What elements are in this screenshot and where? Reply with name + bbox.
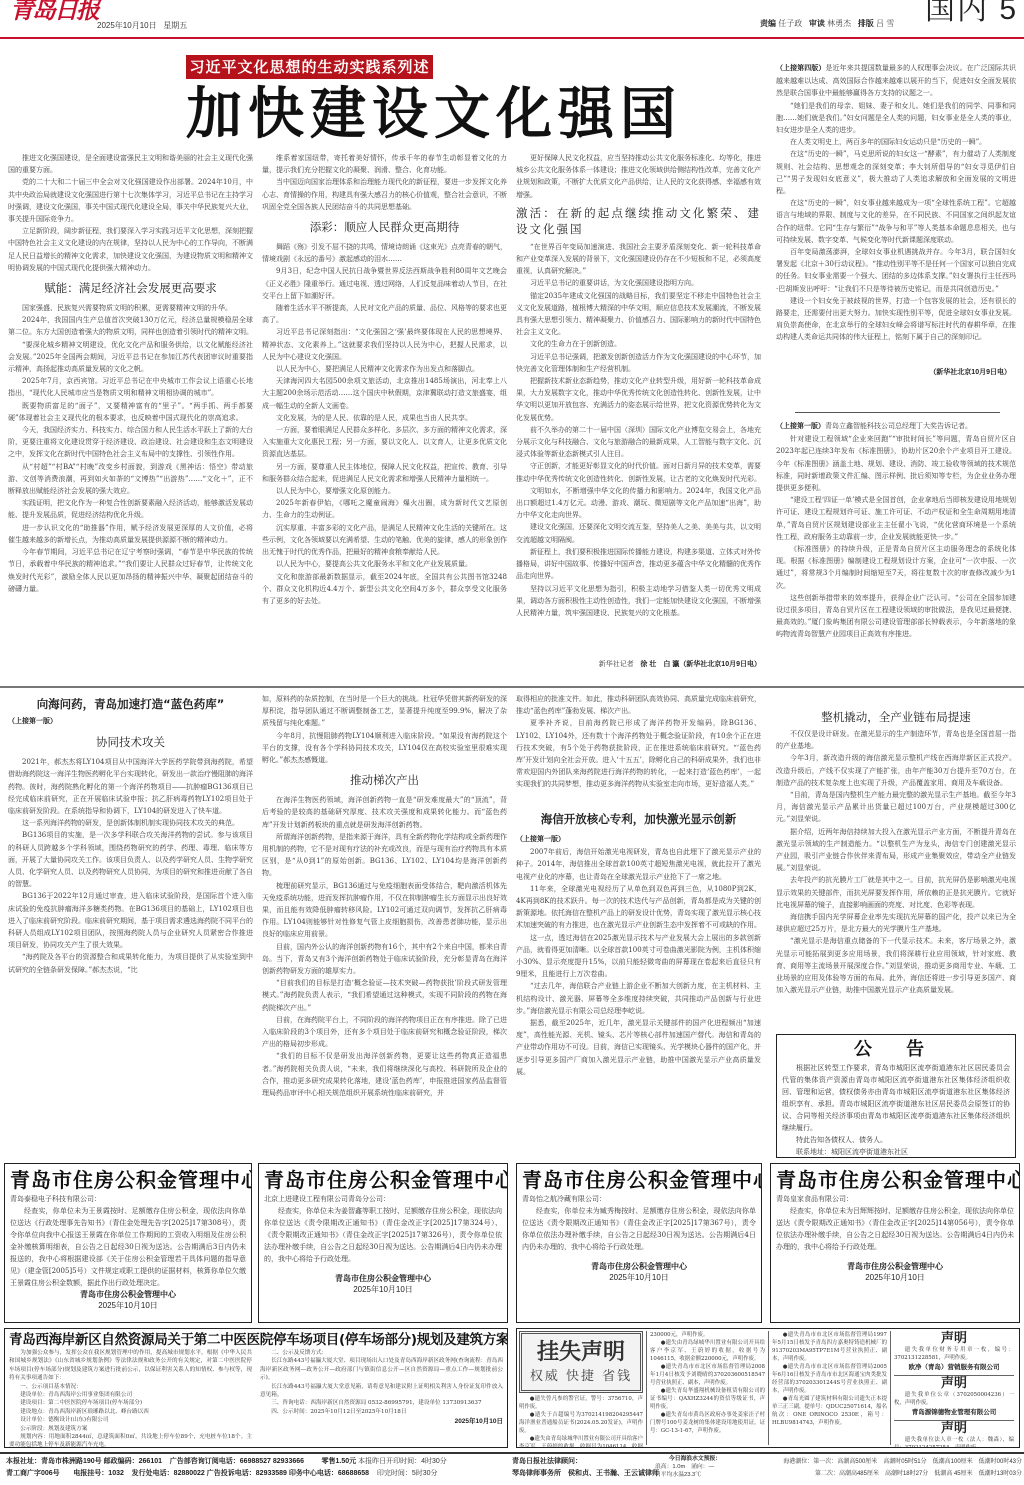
paragraph: 夏季补齐说，目前海药院已形成了海洋药物开发编码，除BG136、LY102、LY1…: [516, 717, 761, 790]
section-name: 国内: [925, 0, 989, 26]
lost-col-1: 挂失声明 权威 快捷 省钱 ●遗失曾凡参的警官证，警号：3756710，声明作废…: [519, 1331, 647, 1445]
lost-banner-slogan: 权威 快捷 省钱: [522, 1368, 640, 1386]
footer-postcode: 邮政编码：266101: [104, 1458, 162, 1465]
declaration-body: 遗失我单位法人章一枚（法人：魏森），编号：3702124257254，声明作废。: [894, 1437, 1014, 1448]
notice-date: 2025年10月10日: [10, 1300, 246, 1312]
paragraph: 2025年7月，京西宾馆。习近平总书记在中央城市工作会议上语重心长地指出，“现代…: [8, 375, 253, 399]
footer-left: 本报社址：青岛市株洲路190号 邮政编码：266101 广告部咨询订阅电话：66…: [6, 1456, 506, 1480]
article-title-blue-drug: 向海问药，青岛加速打造“蓝色药库”: [8, 693, 253, 715]
paragraph: 这一系列海洋药物的研发，是创新体制机制实现协同技术攻关的典范。: [8, 817, 253, 829]
paragraph: 当中国迈向国家治理体系和治理能力现代化的新征程，要进一步发挥文化养心志、育情操的…: [262, 176, 507, 213]
paragraph: 从“村超”“村BA”“村晚”改变乡村面貌，到游戏《黑神话：悟空》带动旅游、文创等…: [8, 461, 253, 498]
lead-headline: 加快建设文化强国: [186, 82, 682, 146]
lead-byline: 新华社记者 徐 壮 白 瀛（新华社北京10月9日电）: [516, 658, 761, 671]
footer-tide-table: 海港潮位：第一次：高潮高500厘米 高潮时05时51分 低潮高100厘米 低潮时…: [734, 1456, 1022, 1480]
subhead: 激活：在新的起点继续推动文化繁荣、建设文化强国: [516, 205, 761, 237]
lost-item: ●遗失于吉超编号为370214198204295447海洋渔业普通船员证书(20…: [519, 1411, 643, 1435]
paragraph: 取得相应的批准文件。如此，推动科研团队高效协同、高质量完成临床前研究，推动“蓝色…: [516, 693, 761, 717]
lost-item: ●遗失青岛市市北区市场监督管理局2005年6月16日核发予青岛市市北区海通宝肉类…: [772, 1363, 887, 1395]
paragraph: 今年8月，抗慢阻肺药物LY104顺利进入临床阶段。“如果没有海药院这个平台的支撑…: [262, 730, 507, 767]
paragraph: “目前，青岛是国内整机生产能力最完整的激光显示生产基地。截至今年3月，海信激光显…: [776, 789, 1016, 826]
paragraph: 既要物质富足的“面子”，又要精神富有的“里子”。“两手抓、两手都要硬”体现着社会…: [8, 400, 253, 424]
staff-name: 任子政: [778, 19, 802, 28]
notice-title: 青岛西海岸新区自然资源局关于第二中医医院停车场项目(停车场部分)规划及建筑方案进…: [9, 1331, 503, 1349]
lost-item: ●遗失曾凡参的警官证，警号：3756710，声明作废。: [519, 1395, 643, 1411]
lost-item: ●遗失青岛市黄岛区政府办事处姜家洼子村门牌号100号姜龙树的集体建设用地使用证，…: [650, 1411, 765, 1435]
paragraph: 国家强盛、民族复兴需要物质文明的积累，更需要精神文明的升华。: [8, 302, 253, 314]
public-notice-box: 公 告 根据社区转型工作要求，青岛市城阳区流亭街道港东社区居民委员会代管的集体资…: [776, 1034, 1016, 1158]
paragraph: 新征程上，我们要积极推进国际传播能力建设，构建多渠道、立体式对外传播格局，讲好中…: [516, 546, 761, 583]
blue-drug-col-1: （上接第一版） 协同技术攻关 2021年，郝杰杰将LY104项目从中国海洋大学医…: [8, 716, 253, 1141]
notice-period: 四、公示时间：2025年10月12日至2025年10月18日: [260, 1408, 503, 1416]
paragraph: 文化和旅游部最新数据显示，截至2024年底，全国共有公共图书馆3248个、群众文…: [262, 571, 507, 608]
paragraph: 更好保障人民文化权益，应当坚持推动公共文化服务标准化、均等化，推进城乡公共文化服…: [516, 152, 761, 201]
paragraph: 百年变局激荡澎湃，全球妇女事业机遇挑战并存。今年3月，联合国妇女署发起《北京＋3…: [776, 246, 1016, 295]
notice-date: 2025年10月10日: [260, 1416, 503, 1428]
paragraph: 以人民为中心，要提高公共文化服务水平和文化产业发展质量。: [262, 558, 507, 570]
notice-section-title: 一、公示项目基本情况：: [9, 1383, 252, 1391]
paragraph: 青岛立鑫智能科技公司总经理丁大奖告诉记者。: [825, 422, 972, 430]
notice-title: 青岛市住房公积金管理中心公告: [776, 1167, 1014, 1193]
right-col-second-article: （上接第一版）青岛立鑫智能科技公司总经理丁大奖告诉记者。 针对建设工程领域“企业…: [776, 420, 1016, 680]
lost-banner-title: 挂失声明: [522, 1338, 640, 1368]
paragraph: 在这“历史的一瞬”，妇女事业越来越成为一项“全球性系统工程”。它超越语言与地域的…: [776, 197, 1016, 246]
lost-col-3: ●遗失青岛市市北区市场监督管理局1997年5月15日核发予青岛四方嘉奥特铸造机械…: [769, 1331, 891, 1445]
editorial-staff: 责编 任子政 审读 林勇杰 排版 吕 雪: [760, 18, 894, 30]
footer-tide-wave: 浪高：1.0m 涌向：—: [655, 1463, 735, 1471]
series-banner: 习近平文化思想的生动实践系列述评: [186, 55, 433, 79]
paragraph: 今年3月，新改造升级的海信激光显示整机产线在西海岸新区正式投产。改造升级后，产线…: [776, 752, 1016, 789]
footer-complaint: 广告投诉电话：82933589: [207, 1470, 287, 1477]
paragraph: 舞蹈《殇》引发不屈不挠的共鸣，情境诗朗诵《这束光》点亮青春的朝气，情境戏剧《永远…: [262, 241, 507, 265]
notice-addressee: 青岛皇家食品有限公司：: [776, 1193, 1014, 1205]
footer-print-start: 本报昨日开印时间：4时30分: [358, 1458, 447, 1465]
paragraph: 11年来，全球激光电视经历了从单色到双色再到三色，从1080P到2K、4K再到8…: [516, 883, 761, 932]
notice-addressee: 青岛泰稳电子科技有限公司：: [10, 1193, 246, 1205]
paragraph: 进一步认识文化的“助推器”作用，赋予经济发展更深厚的人文价值，必将催生越来越多的…: [8, 522, 253, 546]
notice-body: 根据社区转型工作要求，青岛市城阳区流亭街道港东社区居民委员会代管的集体资产资源由…: [782, 1062, 1010, 1134]
paragraph: 立足新阶段，阔步新征程，我们要深入学习实践习近平文化思想，深刻把握中国特色社会主…: [8, 225, 253, 274]
paragraph: 习近平总书记强调，把激发创新创造活力作为文化强国建设的中心环节，加快完善文化管理…: [516, 351, 761, 375]
lost-banner: 挂失声明 权威 快捷 省钱: [519, 1331, 643, 1393]
notice-date: 2025年10月10日: [264, 1284, 502, 1296]
paragraph: “建设工程‘四证一单’模式是全国首创，企业拿地后当即核发建设用地规划许可证、建设…: [776, 494, 1016, 543]
paragraph: 习近平总书记深刻指出：“文化强国之‘强’最终要体现在人民的思想境界、精神状态、文…: [262, 326, 507, 363]
declaration: 声明 遗失我单位法人章一枚（法人：魏森），编号：3702124257254，声明…: [894, 1421, 1014, 1448]
paragraph: 另一方面，要尊重人民主体地位，保障人民文化权益，把宣传、教育、引导和服务群众结合…: [262, 461, 507, 485]
notice-item: 建设地点：青岛西海岸新区琅琊路以北、峰台路以西: [9, 1408, 252, 1416]
paragraph: 去年投产的抗光膜片工厂就是其中之一。目前，抗光屏仍是影响激光电视显示效果的关键部…: [776, 874, 1016, 911]
notice-intro: 为加强公众参与，发挥公众在我区规划管理中的作用，提高城市规划水平，根据《中华人民…: [9, 1349, 252, 1383]
declaration: 声明 遗失我单位公章（3702050004236）一枚，声明作废。 青岛源锦德物…: [894, 1376, 1014, 1421]
paragraph: 2025年新春伊始，《哪吒之魔童闹海》爆火出圈，成为新时代文艺原创力、生命力的生…: [262, 497, 507, 521]
paragraph: “海药院及各平台的资源整合和成果转化能力，为项目提供了从实验室到中试研究的全链条…: [8, 951, 253, 975]
paragraph: 守正创新，才能更好彰显文化的时代价值。面对日新月异的技术变革，需要推动中华优秀传…: [516, 460, 761, 484]
lead-col-2: 维系着家国纽带，寄托着美好情怀，传承千年的春节生动彰显着文化的力量，提示我们充分…: [262, 152, 507, 672]
section-label: 国内 5: [925, 4, 1018, 16]
planning-notice-left: 为加强公众参与，发挥公众在我区规划管理中的作用，提高城市规划水平，根据《中华人民…: [9, 1349, 252, 1448]
paragraph: BG136于2022年12月通过审查，进入临床试验阶段，是国际首个进入临床试验的…: [8, 890, 253, 951]
notice-item: 设计单位：德衡设计(山东)有限公司: [9, 1416, 252, 1424]
notice-body: 经查实，你单位未为臧秀梅按时、足额缴存住房公积金，现依法向你单位送达《责令限期改…: [522, 1205, 756, 1253]
paragraph: 《标准图册》的持续升级，正是青岛自贸片区主动服务理念的系统化体现。根据《标准图册…: [776, 543, 1016, 592]
paragraph: 海信携手国内光学屏幕企业率先实现抗光屏幕的国产化，投产以来已为全球供应超过25万…: [776, 911, 1016, 935]
lost-item: 230000元，声明作废。: [650, 1331, 765, 1339]
paragraph: “我们的目标不仅是研发出海洋创新药物，更要让这些药物真正造福患者。”海药院相关负…: [262, 1050, 507, 1099]
paragraph: 习近平总书记的重要讲话，为文化强国建设指明方向。: [516, 277, 761, 289]
paragraph: “过去几年，海信联合产业链上游企业不断加大创新力度，在主机材料、主机结构设计、激…: [516, 980, 761, 1017]
footer-telegram: 电报挂号：1032: [73, 1470, 124, 1477]
footer-legal-firm: 琴岛律师事务所 侯和贞、王书瀚、王云诚律师: [512, 1470, 659, 1477]
continued-label: （上接第一版）: [776, 423, 825, 430]
paragraph: 针对建设工程领域“企业来回跑”“审批时间长”等问题，青岛自贸片区自2023年起已…: [776, 433, 1016, 494]
paragraph: 如，原料药的杂质控制，在当时是一个巨大的挑战。杜冠华凭借其新药研发的深厚积淀，指…: [262, 693, 507, 730]
paragraph: 目前，国内外公认的海洋创新药物有16个，其中有2个来自中国，都来自青岛。当下，青…: [262, 941, 507, 978]
paragraph: 以人民为中心，要增强文化原创能力。: [262, 485, 507, 497]
declaration-title: 声明: [894, 1331, 1014, 1347]
paragraph: 一方面，要着眼满足人民群众多样化、多层次、多方面的精神文化需求，深入实施重大文化…: [262, 424, 507, 461]
continued-label: （上接第一版）: [516, 834, 761, 846]
paragraph: 据悉，截至2025年，近几年，激光显示关键部件的国产化进程频出“加速度”，高性能…: [516, 1017, 761, 1078]
lost-item: ●遗失由青岛绿城华川置业有限公司开具给客户李京军、王蔚婷的收据，收据号为1046…: [650, 1339, 765, 1363]
paragraph: 实践证明，把文化作为一种复合性创新要素融入经济活动，能够激活发展动能、提升发展品…: [8, 497, 253, 521]
declaration-org: 欧净（青岛）营销服务有限公司: [894, 1362, 1014, 1374]
paragraph: 把握新技术新业态新趋势，推动文化产业转型升级，用好新一轮科技革命成果，大力发展数…: [516, 375, 761, 424]
byline-prefix: 新华社记者: [599, 660, 634, 668]
notice-body: 经查实，你单位未为姜智鑫等职工按时、足额缴存住房公积金，现依法向你单位送达《责令…: [264, 1205, 502, 1265]
newspaper-logo: 青岛日报: [10, 4, 98, 16]
paragraph: “目前我们的目标是打造‘概念验证—技术突破—药物获批’阶段式研发管理模式。”海药…: [262, 977, 507, 1014]
planning-notice-right: 二、公示及反馈方式： 长江东路443号福瀛大厦大堂、项目现场出入口处及青岛西海岸…: [260, 1349, 503, 1448]
lost-item: ●遗失青岛华盛翔机械设备租赁有限公司的证书编号：QAXHZ3244的资信等级证书…: [650, 1387, 765, 1411]
notice-title: 青岛市住房公积金管理中心公告: [10, 1167, 246, 1193]
paragraph: 党的二十大和二十届三中全会对文化强国建设作出部署。2024年10月，中共中央政治…: [8, 176, 253, 225]
notice-title: 公 告: [782, 1038, 1010, 1062]
notice-body: 经查实，你单位未为王景霞按时、足额缴存住房公积金，现依法向你单位送达《行政处理事…: [10, 1205, 246, 1289]
declaration-title: 声明: [894, 1376, 1014, 1392]
notice-item: 建设单位：青岛西海岸公用事业集团有限公司: [9, 1391, 252, 1399]
notice-body: 经查实，你单位未为吕辉辉按时、足额缴存住房公积金，现依法向你单位送达《责令限期改…: [776, 1205, 1014, 1253]
notice-feedback: 长江东路443号福瀛大厦大堂意见箱，请将意见和建议附上证明相关利害人身份证复印件…: [260, 1383, 503, 1400]
paragraph: 目前，在海药院平台上，不同阶段的海洋药物项目正在有序推进。除了已进入临床阶段的3…: [262, 1014, 507, 1051]
continued-label: （上接第四版）: [776, 65, 825, 72]
article-title-hisense: 海信开放核心专利，加快激光显示创新: [516, 808, 761, 830]
right-dateline: （新华社北京10月9日电）: [776, 367, 1011, 379]
article-title-industry-chain: 整机撬动，全产业链布局提速: [776, 706, 1016, 728]
paragraph: “要深化城乡精神文明建设，优化文化产品和服务供给，以文化赋能经济社会发展。”20…: [8, 339, 253, 376]
paragraph: 2024年，我国国内生产总值首次突破130万亿元，经济总量规模稳居全球第二位。东…: [8, 314, 253, 338]
paragraph: BG136项目的实施，是一次多学科联合攻关海洋药物的尝试。参与该项目的科研人员跨…: [8, 829, 253, 890]
paragraph: 前不久举办的第二十一届中国（深圳）国际文化产业博览交易会上，各地充分展示文化与科…: [516, 424, 761, 461]
notice-signer: 青岛市住房公积金管理中心: [776, 1261, 1014, 1272]
paragraph: 以人民为中心，要把满足人民精神文化需求作为出发点和落脚点。: [262, 363, 507, 375]
staff-name: 林勇杰: [827, 19, 851, 28]
footer-print-center: 印务中心电话：68688658: [289, 1470, 369, 1477]
paragraph: 2021年，郝杰杰将LY104项目从中国海洋大学医药学院带到海药院，希望借助海药…: [8, 756, 253, 817]
subhead: 赋能：满足经济社会发展更高要求: [8, 277, 253, 299]
date: 2025年10月10日: [97, 21, 157, 30]
footer-distribution: 发行处电话：82880022: [132, 1470, 205, 1477]
notice-phone: 三、咨询电话：西海岸新区自然资源局 0532-86995791，建设单位 137…: [260, 1399, 503, 1407]
lost-item: ●青岛光圆了建筑材料有限公司遗失正本提单三正三副，提单号：QDUC2507161…: [772, 1395, 887, 1427]
notice-signer: 青岛市住房公积金管理中心: [522, 1261, 756, 1272]
footer-ad-phone: 广告部咨询订阅电话：66988527 82933666: [170, 1458, 304, 1465]
declarations-col: 声明 遗失我单位财务专用章一枚，编号：3702131228581，声明作废。 欧…: [891, 1331, 1017, 1445]
notice-title: 青岛市住房公积金管理中心公告: [264, 1167, 502, 1193]
subhead: 推动梯次产出: [262, 769, 507, 791]
staff-role: 责编: [760, 19, 776, 28]
section-divider: [0, 686, 1024, 688]
footer-tide-temp: 日平均水温23.3℃: [655, 1471, 735, 1479]
notice-item: 规划内容：用地面积2844㎡，总建筑面积0㎡，共设地上停车位89个，充电桩车位1…: [9, 1433, 252, 1448]
notice-feedback: 长江东路443号福瀛大厦大堂、项目现场出入口处及青岛西海岸新区政务网(查询流程：…: [260, 1357, 503, 1382]
footer-legal-title: 青岛日报社法律顾问：: [512, 1458, 582, 1465]
declaration-title: 声明: [894, 1421, 1014, 1437]
footer-tide-row: 海港潮位：第一次：高潮高500厘米 高潮时05时51分 低潮高100厘米 低潮时…: [734, 1456, 1022, 1468]
footer-rule: [0, 1452, 1024, 1454]
paragraph: 今年春节期间，习近平总书记在辽宁考察时强调，“春节是中华民族的传统节日，承载着中…: [8, 546, 253, 595]
paragraph: 沉实厚重、丰富多彩的文化产品，是满足人民精神文化生活的关键所在。这些示例，文化各…: [262, 522, 507, 559]
dateline: （新华社北京10月9日电）: [679, 661, 761, 668]
paragraph: “激光显示是海信重点储备的下一代显示技术。未来，客厅场景之外，激光显示可能拓展到…: [776, 935, 1016, 996]
notice-date: 2025年10月10日: [776, 1272, 1014, 1284]
notice-section-title: 二、公示及反馈方式：: [260, 1349, 503, 1357]
lost-notices-box: 挂失声明 权威 快捷 省钱 ●遗失曾凡参的警官证，警号：3756710，声明作废…: [516, 1328, 1020, 1448]
lead-col-3: 更好保障人民文化权益，应当坚持推动公共文化服务标准化、均等化，推进城乡公共文化服…: [516, 152, 761, 672]
paragraph: 锚定2035年建成文化强国的战略目标，我们要坚定不移走中国特色社会主义文化发展道…: [516, 290, 761, 339]
footer-price: 零售1.50元: [322, 1458, 357, 1465]
hisense-col: （上接第一版） 2007年前后，海信开始激光电视研发，青岛也自此埋下了激光显示产…: [516, 834, 761, 1144]
staff-role: 审读: [809, 19, 825, 28]
paragraph: 天津海河四大名园500余项文旅活动，北京推出1485场演出，河北奉上八大主题20…: [262, 375, 507, 412]
staff-role: 排版: [858, 19, 874, 28]
paragraph: 据介绍，近两年海信持续加大投入在激光显示产业方面，不断提升青岛在激光显示领域的生…: [776, 826, 1016, 875]
notice-date: 2025年10月10日: [522, 1272, 756, 1284]
paragraph: 在海洋生物医药领域，海洋创新药物一直是“研发难度最大”的“顶流”，背后考验的是较…: [262, 794, 507, 831]
subhead: 协同技术攻关: [8, 731, 253, 753]
lost-col-2: 230000元，声明作废。 ●遗失由青岛绿城华川置业有限公司开具给客户李京军、王…: [647, 1331, 769, 1445]
housing-fund-notice-2: 青岛市住房公积金管理中心公告 北京上进建设工程有限公司青岛分公司： 经查实，你单…: [258, 1163, 508, 1323]
masthead-rule: [0, 37, 1024, 39]
declaration: 声明 遗失我单位财务专用章一枚，编号：3702131228581，声明作废。 欧…: [894, 1331, 1014, 1376]
housing-fund-notice-1: 青岛市住房公积金管理中心公告 青岛泰稳电子科技有限公司： 经查实，你单位未为王景…: [4, 1163, 252, 1323]
paragraph: 所谓海洋创新药物，是指来源于海洋，具有全新药物化学结构或全新药理作用机制的药物，…: [262, 831, 507, 880]
footer-license: 青工商广字006号: [6, 1470, 60, 1477]
staff-name: 吕 雪: [876, 19, 894, 28]
paragraph: 建设一个妇女免于被歧视的世界，打造一个包容发展的社会，还有很长的路要走，还需要付…: [776, 295, 1016, 344]
paragraph: 在这“历史的一瞬”，马克思所说的妇女这一“酵素”，有力催动了人类制度规则、社会结…: [776, 148, 1016, 197]
notice-title: 青岛市住房公积金管理中心公告: [522, 1167, 756, 1193]
lost-item: ●遗失青岛市市北区市场监督管理局2008年1月4日核发予刘晓晴的37020360…: [650, 1363, 765, 1387]
notice-address: 联系地址：城阳区流亭街道港东社区: [782, 1146, 1010, 1158]
planning-notice-box: 青岛西海岸新区自然资源局关于第二中医医院停车场项目(停车场部分)规划及建筑方案进…: [4, 1328, 508, 1448]
lost-item: ●遗失由青岛绿城华川置业有限公司开具给客户李京军、王蔚婷的收据，收据号为1046…: [519, 1435, 643, 1448]
notice-notify: 特此告知各债权人、债务人。: [782, 1134, 1010, 1146]
footer-address: 本报社址：青岛市株洲路190号: [6, 1458, 102, 1465]
lead-col-1: 推进文化强国建设，是全面建设富强民主文明和谐美丽的社会主义现代化强国的重要方面。…: [8, 152, 253, 632]
paragraph: 今天，我国经济实力、科技实力、综合国力和人民生活水平跃上了新的大台阶，更要注重将…: [8, 424, 253, 461]
notice-signer: 青岛市住房公积金管理中心: [10, 1289, 246, 1300]
paragraph: 文化发展，为的是人民、依靠的是人民，成果也当由人民共享。: [262, 412, 507, 424]
paragraph: 文明如水，不断增强中华文化的传播力和影响力。2024年，我国文化产品出口额超过1…: [516, 485, 761, 522]
notice-addressee: 青岛怡之航冷藏有限公司：: [522, 1193, 756, 1205]
industry-chain-col: 不仅仅是设计研发。在激光显示的生产制造环节，青岛也是全国首屈一指的产业基地。 今…: [776, 728, 1016, 1018]
blue-drug-col-2: 如，原料药的杂质控制，在当时是一个巨大的挑战。杜冠华凭借其新药研发的深厚积淀，指…: [262, 693, 507, 1141]
paragraph: 随着生活水平不断提高，人民对文化产品的质量、品位、风格等的要求也更高了。: [262, 302, 507, 326]
weekday: 星期五: [163, 21, 187, 30]
paragraph: 推进文化强国建设，是全面建设富强民主文明和谐美丽的社会主义现代化强国的重要方面。: [8, 152, 253, 176]
right-col-article: （上接第四版）是近年来共提国数量最多的人权理事会决议。在广泛国际共识越来越难以达…: [776, 62, 1016, 370]
lost-item: ●遗失青岛市市北区市场监督管理局1997年5月15日核发予青岛四方嘉奥特铸造机械…: [772, 1331, 887, 1363]
footer-tide-title: 今日海浪水文预报：: [669, 1456, 721, 1462]
notice-signer: 青岛市住房公积金管理中心: [264, 1273, 502, 1284]
paragraph: 建设文化强国，还要深化文明交流互鉴，坚持美人之美、美美与共，以文明交流超越文明隔…: [516, 521, 761, 545]
byline-names: 徐 壮 白 瀛: [640, 661, 679, 668]
declaration-body: 遗失我单位公章（3702050004236）一枚，声明作废。: [894, 1392, 1014, 1407]
blue-drug-col-3: 取得相应的批准文件。如此，推动科研团队高效协同、高质量完成临床前研究，推动“蓝色…: [516, 693, 761, 803]
subhead: 添彩：顺应人民群众更高期待: [262, 216, 507, 238]
paragraph: 2007年前后，海信开始激光电视研发，青岛也自此埋下了激光显示产业的种子。201…: [516, 846, 761, 883]
paragraph: 9月3日，纪念中国人民抗日战争暨世界反法西斯战争胜利80周年文艺晚会《正义必胜》…: [262, 265, 507, 302]
footer-print-end: 印完时间：5时30分: [377, 1470, 438, 1477]
declaration-org: 青岛源锦德物业管理有限公司: [894, 1407, 1014, 1419]
notice-addressee: 北京上进建设工程有限公司青岛分公司：: [264, 1193, 502, 1205]
paragraph: 这一点，透过海信在2025激光显示技术与产业发展大会上展出的多款创新产品，就看得…: [516, 932, 761, 981]
issue-date: 2025年10月10日 星期五: [97, 20, 187, 32]
paragraph: “她们是我们的母亲、姐妹、妻子和女儿。她们是我们的同学、同事和同胞……她们就是我…: [776, 100, 1016, 137]
divider: [795, 412, 1000, 413]
paragraph: 这些创新举措带来的效率提升，获得企业广泛认可。“公司在全国参加建设过很多项目，青…: [776, 592, 1016, 641]
paragraph: 不仅仅是设计研发。在激光显示的生产制造环节，青岛也是全国首屈一指的产业基地。: [776, 728, 1016, 752]
declaration-body: 遗失我单位财务专用章一枚，编号：3702131228581，声明作废。: [894, 1347, 1014, 1362]
housing-fund-notice-4: 青岛市住房公积金管理中心公告 青岛皇家食品有限公司： 经查实，你单位未为吕辉辉按…: [770, 1163, 1020, 1323]
continued-label: （上接第一版）: [8, 716, 253, 728]
footer-tide-info: 今日海浪水文预报： 浪高：1.0m 涌向：— 日平均水温23.3℃: [655, 1455, 735, 1479]
paragraph: “在世界百年变局加速演进、我国社会主要矛盾深刻变化、新一轮科技革命和产业变革深入…: [516, 241, 761, 278]
footer-legal: 青岛日报社法律顾问： 琴岛律师事务所 侯和贞、王书瀚、王云诚律师: [512, 1456, 652, 1480]
notice-item: 建设项目：第二中医医院停车场项目(停车场部分): [9, 1399, 252, 1407]
paragraph: 梳理前研究显示，BG136通过与免疫细胞表面受体结合，靶向激活机体先天免疫系统功…: [262, 880, 507, 941]
paragraph: 坚持以习近平文化思想为指引，积极主动地学习借鉴人类一切优秀文明成果，调动各方面积…: [516, 583, 761, 620]
housing-fund-notice-3: 青岛市住房公积金管理中心公告 青岛怡之航冷藏有限公司： 经查实，你单位未为臧秀梅…: [516, 1163, 762, 1323]
paragraph: 在人类文明史上，两百多年的国际妇女运动只是“历史的一瞬”。: [776, 136, 1016, 148]
page-number: 5: [999, 0, 1018, 26]
paragraph: 维系着家国纽带，寄托着美好情怀，传承千年的春节生动彰显着文化的力量，提示我们充分…: [262, 152, 507, 176]
paragraph: 文化的生命力在于创新创造。: [516, 338, 761, 350]
notice-item: 公示阶段：规划及建筑方案: [9, 1425, 252, 1433]
footer-tide-row: 第二次：高潮高485厘米 高潮时18时27分 低潮高 45厘米 低潮时13时03…: [734, 1468, 1022, 1480]
